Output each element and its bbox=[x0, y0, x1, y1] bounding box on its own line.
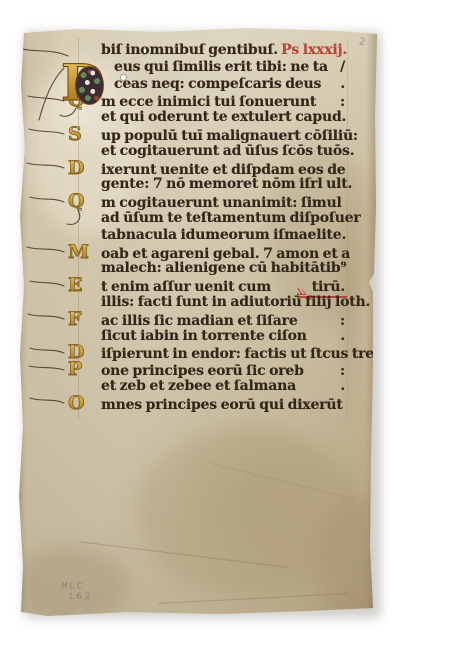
parchment-crease bbox=[210, 463, 356, 500]
psalm-number-rubric: Ps lxxxij. bbox=[281, 42, 347, 59]
verse-initial: S bbox=[62, 126, 101, 142]
text-line: gente: 7 nō memoret nōm iſrl ult. bbox=[62, 176, 347, 193]
parchment-crease bbox=[79, 541, 288, 568]
text-line: et cogitauerunt ad ūſus ſcōs tuōs. bbox=[62, 143, 347, 160]
verse-initial: M bbox=[62, 244, 101, 260]
line-text: ſicut iabin in torrente ciſon bbox=[101, 328, 307, 345]
verse-initial: F bbox=[62, 311, 101, 327]
text-line: E t enim aſſur uenit cum tirū. bbox=[62, 277, 347, 294]
line-end-punctuation: . bbox=[340, 378, 347, 395]
line-end-punctuation: . bbox=[340, 76, 347, 93]
line-text: gente: 7 nō memoret nōm iſrl ult. bbox=[101, 176, 352, 193]
line-text: ceas neq: compeſcaris deus bbox=[101, 76, 321, 93]
parchment-leaf: 2 D biſ inomnibuſ gentibuſ. Ps lxxxij. e… bbox=[18, 26, 378, 616]
shelfmark-line2: 162 bbox=[68, 592, 93, 602]
parchment-stain bbox=[318, 496, 408, 646]
text-line: P one principes eorū ſic oreb : bbox=[62, 361, 347, 378]
text-line: M oab et agareni gebal. 7 amon et a bbox=[62, 244, 347, 261]
text-line: illis: facti ſunt in adiutoriū filij lot… bbox=[62, 294, 347, 311]
verse-initial: P bbox=[62, 361, 101, 377]
line-text: biſ inomnibuſ gentibuſ. bbox=[101, 42, 278, 59]
line-text: et cogitauerunt ad ūſus ſcōs tuōs. bbox=[101, 143, 354, 160]
verse-initial: D bbox=[62, 160, 101, 176]
text-line: D ixerunt uenite et diſpdam eos de bbox=[62, 160, 347, 177]
verse-initial: Q bbox=[62, 193, 101, 209]
insertion-caret-icon bbox=[297, 285, 307, 295]
text-line: S up populū tuī malignauert cōſiliū: bbox=[62, 126, 347, 143]
deckled-left-edge bbox=[18, 26, 27, 616]
line-text: tabnacula idumeorum iſmaelite. bbox=[101, 227, 346, 244]
text-line: F ac illis ſic madian et ſiſare : bbox=[62, 311, 347, 328]
parchment-stain bbox=[138, 426, 358, 596]
line-text: mnes principes eorū qui dixerūt bbox=[101, 397, 343, 414]
illuminated-initial-D: D bbox=[61, 57, 107, 112]
line-text: et qui oderunt te extulert capud. bbox=[101, 109, 346, 126]
line-text: iſpierunt in endor: factis ut ſtcus tre. bbox=[101, 346, 379, 363]
text-line: O mnes principes eorū qui dixerūt bbox=[62, 395, 347, 412]
line-end-punctuation: / bbox=[340, 59, 347, 76]
line-text: eus qui ſimilis erit tibi: ne ta bbox=[101, 59, 328, 76]
parchment-crease bbox=[158, 593, 348, 604]
text-line: et zeb et zebee et ſalmana . bbox=[62, 378, 347, 395]
text-line: D iſpierunt in endor: factis ut ſtcus tr… bbox=[62, 344, 347, 361]
line-text: ad ūſum te teſtamentum diſpoſuer bbox=[101, 210, 361, 227]
manuscript-photo: 2 D biſ inomnibuſ gentibuſ. Ps lxxxij. e… bbox=[0, 0, 474, 650]
line-text: malech: alienigene cū habitātib⁹ bbox=[101, 260, 346, 277]
text-line: malech: alienigene cū habitātib⁹ bbox=[62, 260, 347, 277]
text-line: tabnacula idumeorum iſmaelite. bbox=[62, 227, 347, 244]
shelfmark-line1: MLC bbox=[62, 582, 93, 592]
floral-infill bbox=[75, 66, 104, 105]
text-line: ad ūſum te teſtamentum diſpoſuer bbox=[62, 210, 347, 227]
line-end-punctuation: . bbox=[340, 328, 347, 345]
text-line: ſicut iabin in torrente ciſon . bbox=[62, 328, 347, 345]
verse-initial: O bbox=[62, 395, 101, 411]
psalm-text-block: D biſ inomnibuſ gentibuſ. Ps lxxxij. eus… bbox=[62, 42, 347, 412]
line-text: et zeb et zebee et ſalmana bbox=[101, 378, 296, 395]
shelfmark-pencil: MLC 162 bbox=[62, 582, 93, 602]
line-text: illis: facti ſunt in adiutoriū filij lot… bbox=[101, 294, 370, 311]
text-line: Q m cogitauerunt unanimit: ſimul bbox=[62, 193, 347, 210]
verse-initial: E bbox=[62, 277, 101, 293]
